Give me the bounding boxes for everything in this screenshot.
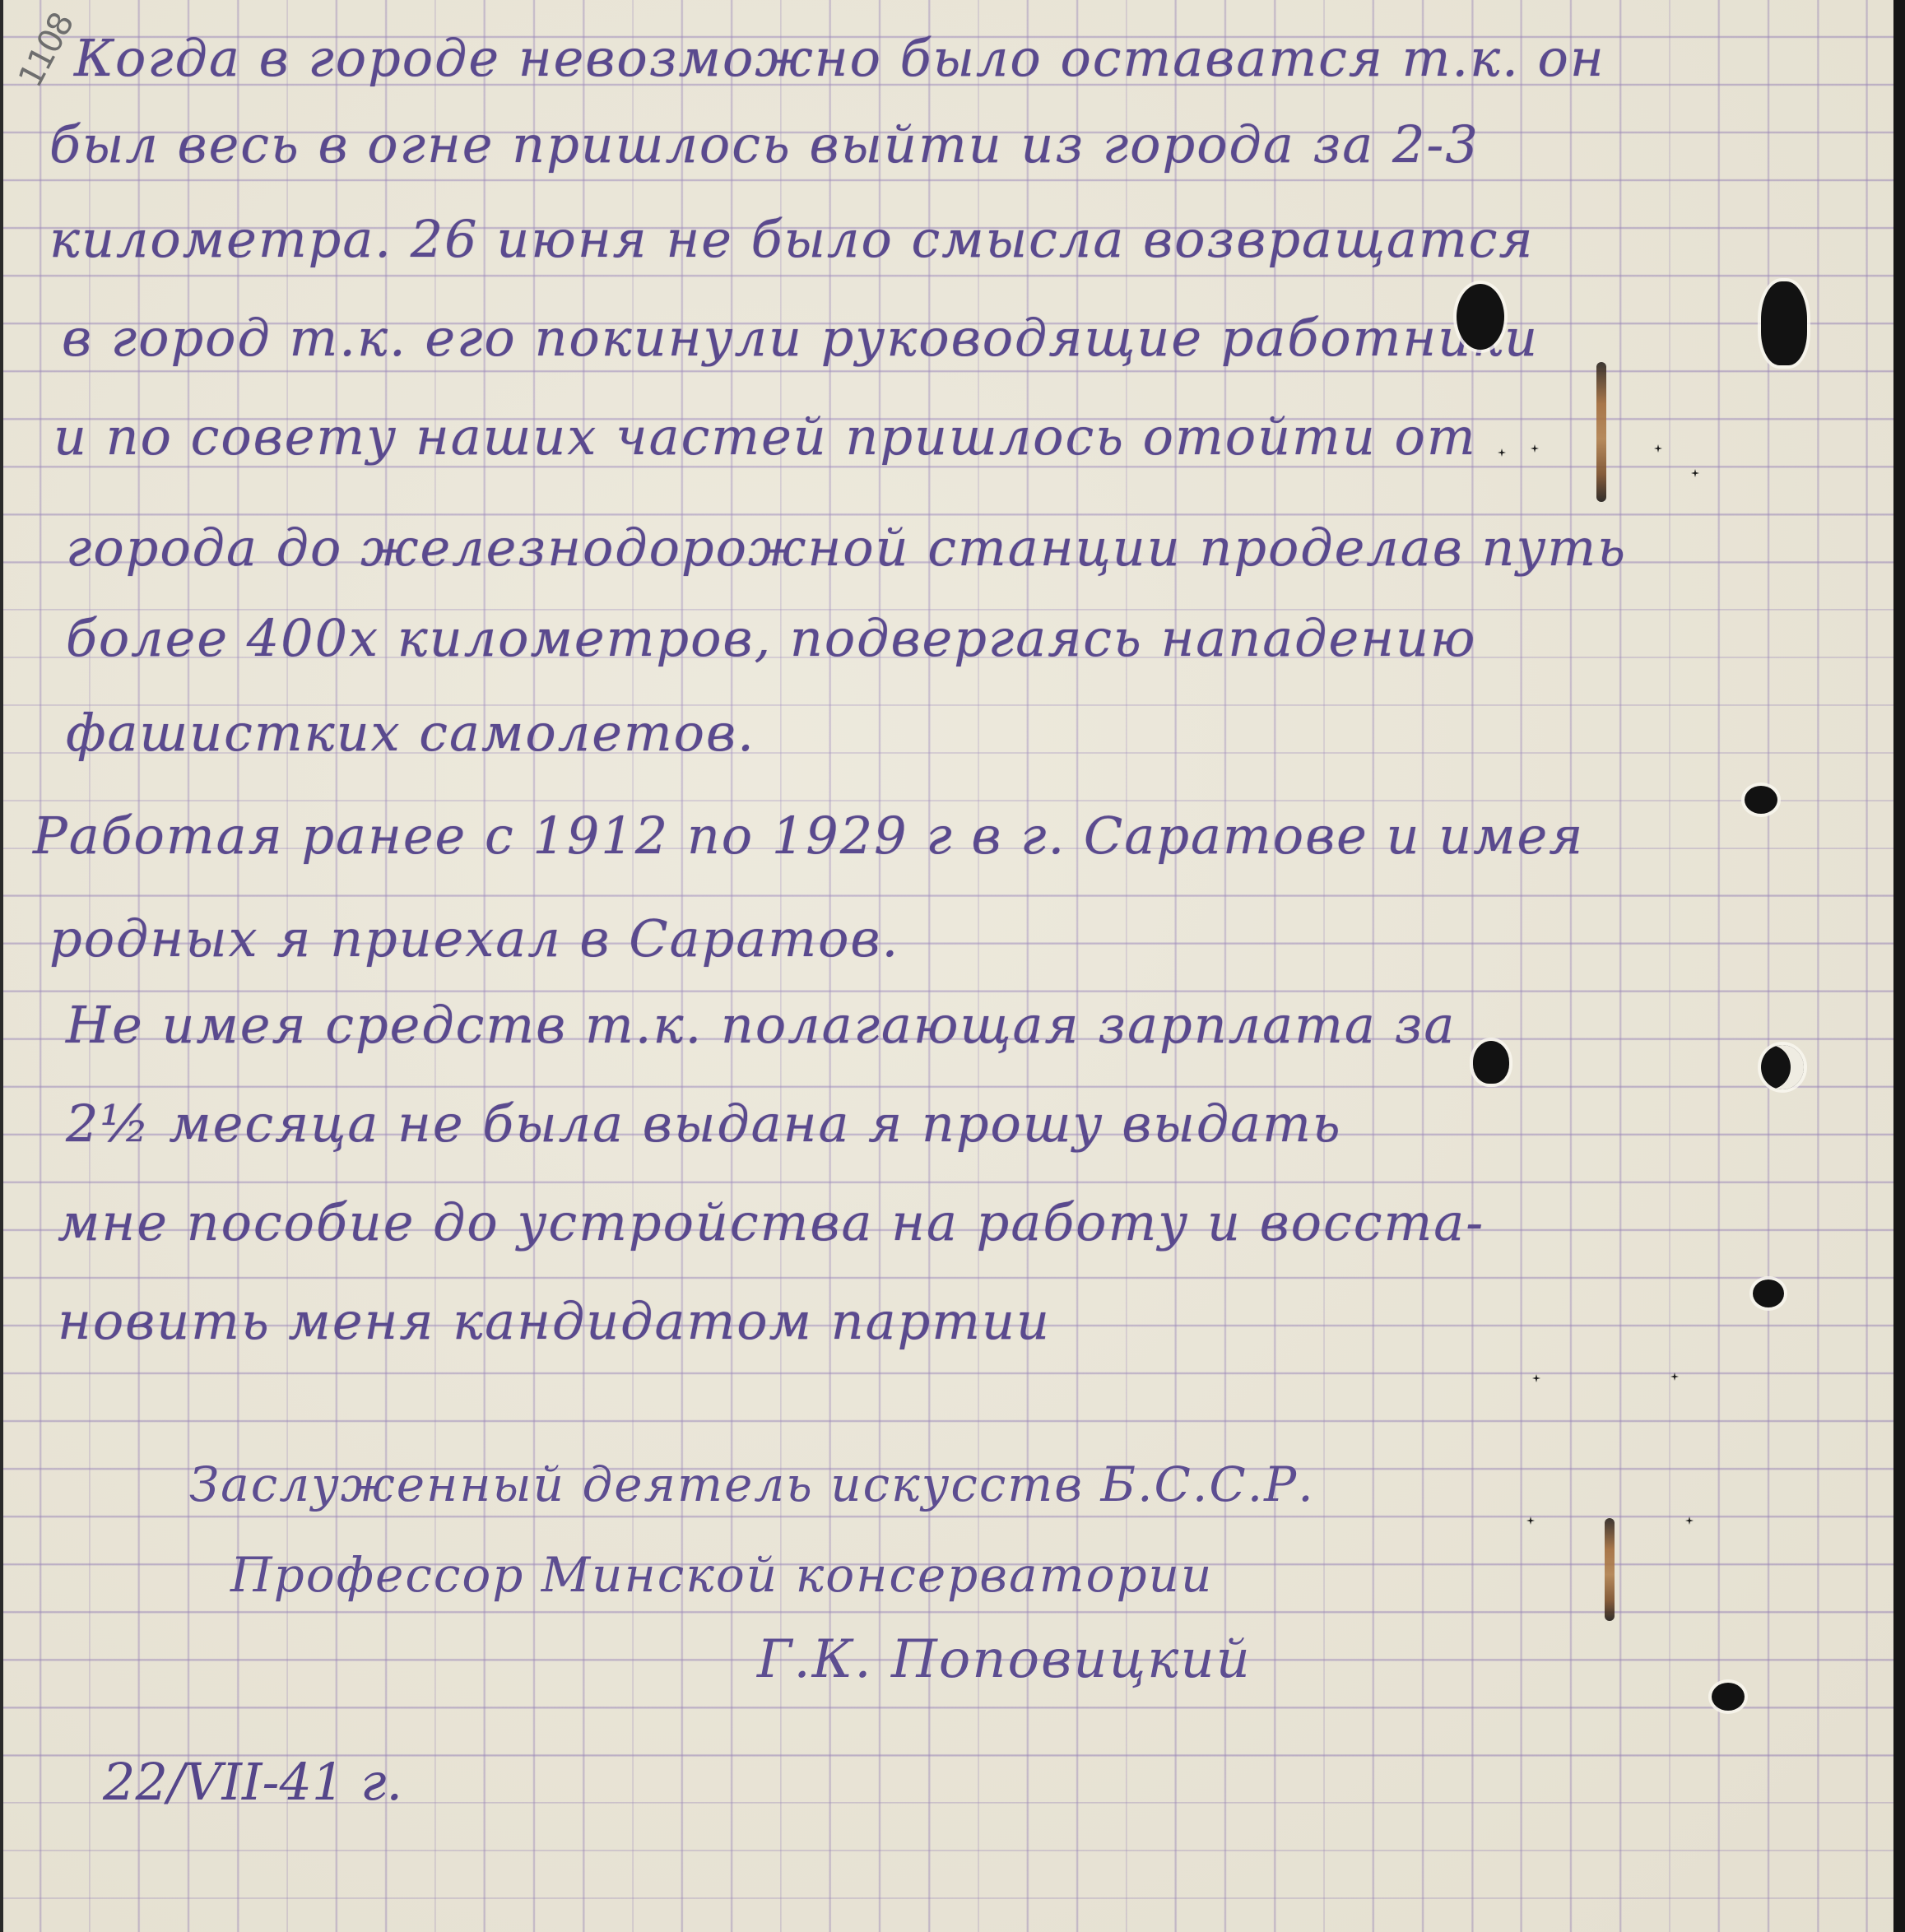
body-line-6: города до железнодорожной станции продел… [66, 522, 1627, 574]
body-line-1: Когда в городе невозможно было оставатся… [74, 33, 1605, 84]
pin-mark [1531, 444, 1539, 453]
pin-mark [1691, 469, 1699, 477]
rust-stain [1605, 1518, 1615, 1621]
punch-hole [1745, 786, 1777, 814]
body-line-11: Не имея средств т.к. полагающая зарплата… [66, 1000, 1456, 1051]
body-line-8: фашистких самолетов. [66, 708, 755, 759]
archive-number: 1108 [12, 7, 81, 93]
body-line-7: более 400х километров, подвергаясь напад… [66, 613, 1477, 664]
pin-mark [1498, 448, 1506, 457]
pin-mark [1654, 444, 1662, 453]
document-date: 22/VII-41 г. [103, 1757, 402, 1808]
body-line-10: родных я приехал в Саратов. [49, 913, 899, 964]
pin-mark [1685, 1516, 1694, 1525]
punch-hole [1473, 1041, 1509, 1084]
body-line-4: в город т.к. его покинули руководящие ра… [62, 313, 1539, 364]
body-line-2: был весь в огне пришлось выйти из города… [49, 119, 1480, 170]
punch-hole [1761, 1045, 1804, 1089]
body-line-5: и по совету наших частей пришлось отойти… [53, 411, 1477, 462]
pin-mark [1532, 1374, 1540, 1382]
document-page: 1108 Когда в городе невозможно было оста… [0, 0, 1905, 1932]
rust-stain [1596, 362, 1606, 502]
punch-hole [1761, 281, 1807, 365]
scan-edge-right [1893, 0, 1905, 1932]
body-line-12: 2½ месяца не была выдана я прошу выдать [66, 1098, 1342, 1149]
punch-hole [1753, 1279, 1784, 1307]
body-line-9: Работая ранее с 1912 по 1929 г в г. Сара… [33, 810, 1584, 862]
body-line-3: километра. 26 июня не было смысла возвра… [49, 214, 1535, 265]
signature-title-1: Заслуженный деятель искусств Б.С.С.Р. [189, 1461, 1315, 1508]
body-line-14: новить меня кандидатом партии [58, 1296, 1051, 1347]
pin-mark [1670, 1372, 1679, 1381]
punch-hole [1712, 1683, 1745, 1711]
scan-edge-left [0, 0, 3, 1932]
body-line-13: мне пособие до устройства на работу и во… [58, 1197, 1485, 1248]
signature-title-2: Профессор Минской консерватории [230, 1551, 1213, 1599]
punch-hole [1457, 284, 1504, 350]
pin-mark [1526, 1516, 1535, 1525]
signature-name: Г.К. Поповицкий [757, 1633, 1252, 1686]
